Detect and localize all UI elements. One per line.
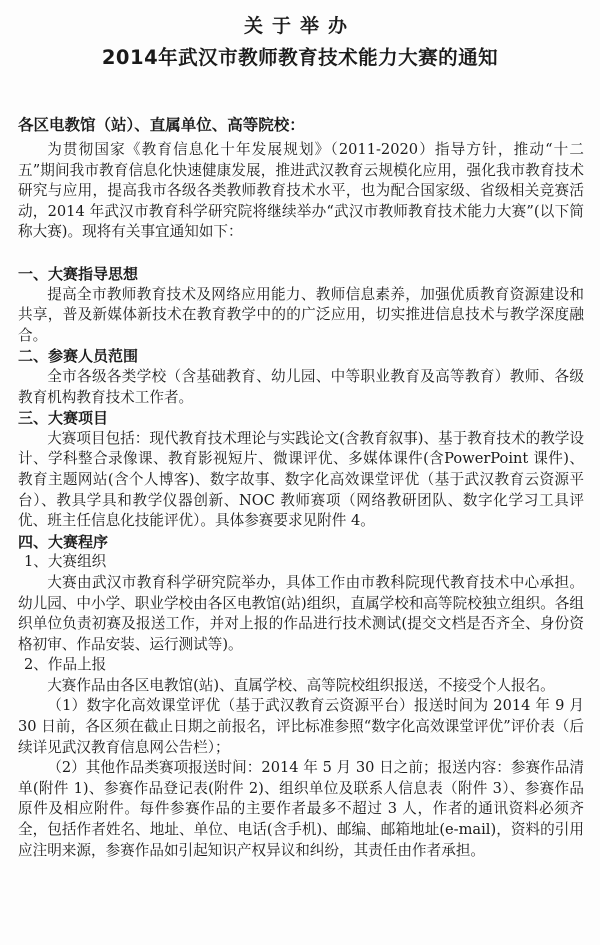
section-body-competition-items: 大赛项目包括：现代教育技术理论与实践论文(含教育叙事)、基于教育技术的教学设计、… (18, 429, 584, 532)
submission-item-2: （2）其他作品类赛项报送时间：2014 年 5 月 30 日之前；报送内容：参赛… (18, 758, 584, 861)
section-body-participants: 全市各级各类学校（含基础教育、幼儿园、中等职业教育及高等教育）教师、各级教育机构… (18, 367, 584, 408)
body-block: 一、大赛指导思想 提高全市教师教育技术及网络应用能力、教师信息素养，加强优质教育… (18, 264, 584, 861)
section-body-guiding-idea: 提高全市教师教育技术及网络应用能力、教师信息素养，加强优质教育资源建设和共享，普… (18, 285, 584, 347)
section-heading-guiding-idea: 一、大赛指导思想 (18, 264, 584, 285)
section-heading-procedure: 四、大赛程序 (18, 532, 584, 553)
section-heading-participants: 二、参赛人员范围 (18, 346, 584, 367)
document-title-line1: 关于举办 (0, 14, 600, 38)
subsection-body-organization: 大赛由武汉市教育科学研究院举办，具体工作由市教科院现代教育技术中心承担。幼儿园、… (18, 573, 584, 655)
subsection-heading-organization: 1、大赛组织 (18, 552, 584, 573)
document-title-line2: 2014年武汉市教师教育技术能力大赛的通知 (0, 45, 600, 71)
subsection-heading-submission: 2、作品上报 (18, 655, 584, 676)
intro-block: 为贯彻国家《教育信息化十年发展规划》（2011-2020）指导方针，推动“十二五… (18, 140, 584, 243)
subsection-body-submission: 大赛作品由各区电教馆(站)、直属学校、高等院校组织报送，不接受个人报名。 (18, 676, 584, 697)
intro-paragraph: 为贯彻国家《教育信息化十年发展规划》（2011-2020）指导方针，推动“十二五… (18, 140, 584, 243)
salutation: 各区电教馆（站）、直属单位、高等院校： (18, 114, 305, 136)
document-page: 关于举办 2014年武汉市教师教育技术能力大赛的通知 各区电教馆（站）、直属单位… (0, 0, 600, 945)
section-heading-competition-items: 三、大赛项目 (18, 408, 584, 429)
submission-item-1: （1）数字化高效课堂评优（基于武汉教育云资源平台）报送时间为 2014 年 9 … (18, 696, 584, 758)
